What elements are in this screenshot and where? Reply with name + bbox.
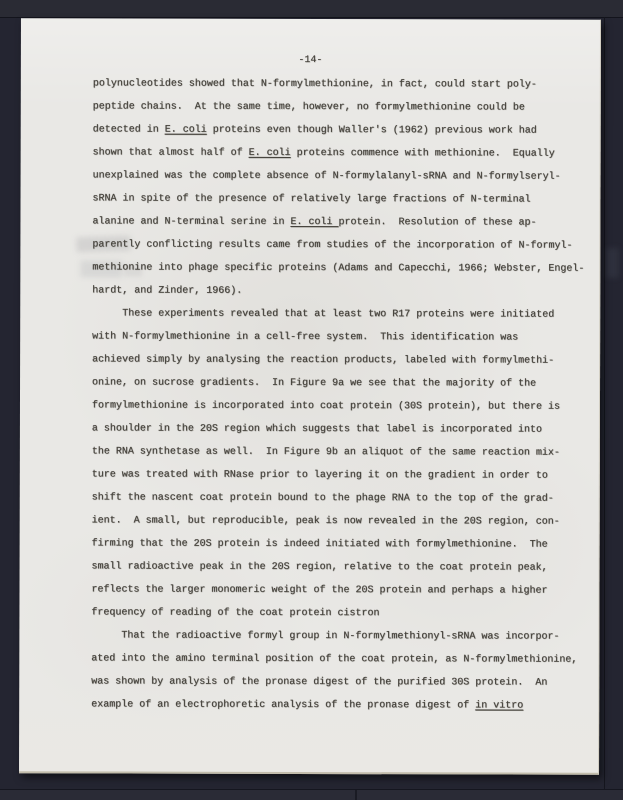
backing-board-top-seam [0,0,623,18]
text-segment: methionine into phage specific proteins … [92,262,584,274]
scan-background: -14- polynucleotides showed that N-formy… [0,0,623,800]
typewritten-text-block: polynucleotides showed that N-formylmeth… [91,72,599,717]
text-segment: sRNA in spite of the presence of relativ… [93,193,531,205]
text-line: shift the nascent coat protein bound to … [92,486,598,510]
text-segment: the RNA synthetase as well. In Figure 9b… [92,446,560,458]
text-line: frequency of reading of the coat protein… [91,601,597,625]
text-segment: with N-formylmethionine in a cell-free s… [92,331,518,343]
background-smudge [606,248,619,278]
text-segment: example of an electrophoretic analysis o… [91,699,475,711]
text-segment: polynucleotides showed that N-formylmeth… [93,78,537,90]
underlined-term: E. coli [290,217,338,228]
text-segment: parently conflicting results came from s… [92,239,572,251]
text-line: That the radioactive formyl group in N-f… [91,624,597,648]
text-segment: unexplained was the complete absence of … [93,170,561,182]
text-segment: was shown by analysis of the pronase dig… [91,676,547,688]
text-line: hardt, and Zinder, 1966). [92,279,598,303]
text-segment: achieved simply by analysing the reactio… [92,354,554,366]
backing-board-right-seam [604,17,605,800]
text-line: detected in E. coli proteins even though… [93,118,599,142]
text-line: methionine into phage specific proteins … [92,256,598,280]
text-segment: detected in [93,124,165,135]
text-segment: hardt, and Zinder, 1966). [92,285,242,296]
text-segment: These experiments revealed that at least… [92,308,554,320]
text-segment: proteins commence with methionine. Equal… [291,148,555,160]
text-line: ient. A small, but reproducible, peak is… [92,509,598,533]
text-line: formylmethionine is incorporated into co… [92,394,598,418]
document-page: -14- polynucleotides showed that N-formy… [19,18,601,775]
text-line: was shown by analysis of the pronase dig… [91,670,597,694]
text-segment: ated into the amino terminal position of… [91,653,577,665]
text-segment: alanine and N-terminal serine in [92,216,290,228]
text-line: example of an electrophoretic analysis o… [91,693,597,717]
text-line: peptide chains. At the same time, howeve… [93,95,599,119]
text-line: a shoulder in the 20S region which sugge… [92,417,598,441]
text-line: reflects the larger monomeric weight of … [91,578,597,602]
text-segment: shown that almost half of [93,147,249,158]
text-line: sRNA in spite of the presence of relativ… [92,187,598,211]
text-line: alanine and N-terminal serine in E. coli… [92,210,598,234]
text-segment: onine, on sucrose gradients. In Figure 9… [92,377,536,389]
text-segment: firming that the 20S protein is indeed i… [92,538,548,550]
backing-board-bottom-strip [0,789,623,800]
underlined-term: in vitro [475,700,523,711]
underlined-term: E. coli [165,125,207,136]
text-segment: shift the nascent coat protein bound to … [92,492,554,504]
text-segment: That the radioactive formyl group in N-f… [91,630,559,642]
text-line: unexplained was the complete absence of … [93,164,599,188]
backing-board-corner-seam [355,790,357,800]
text-line: parently conflicting results came from s… [92,233,598,257]
text-line: small radioactive peak in the 20S region… [92,555,598,579]
text-line: These experiments revealed that at least… [92,302,598,326]
text-line: ated into the amino terminal position of… [91,647,597,671]
text-line: achieved simply by analysing the reactio… [92,348,598,372]
text-line: polynucleotides showed that N-formylmeth… [93,72,599,96]
page-number: -14- [21,49,600,73]
text-line: the RNA synthetase as well. In Figure 9b… [92,440,598,464]
underlined-term: E. coli [249,148,291,159]
text-segment: ient. A small, but reproducible, peak is… [92,515,560,527]
text-segment: proteins even though Waller's (1962) pre… [207,125,537,137]
text-segment: formylmethionine is incorporated into co… [92,400,560,412]
text-line: ture was treated with RNase prior to lay… [92,463,598,487]
text-segment: protein. Resolution of these ap- [339,217,537,229]
text-segment: a shoulder in the 20S region which sugge… [92,423,542,435]
text-line: with N-formylmethionine in a cell-free s… [92,325,598,349]
text-line: onine, on sucrose gradients. In Figure 9… [92,371,598,395]
text-line: firming that the 20S protein is indeed i… [92,532,598,556]
text-segment: reflects the larger monomeric weight of … [91,584,547,596]
text-line: shown that almost half of E. coli protei… [93,141,599,165]
text-segment: peptide chains. At the same time, howeve… [93,101,525,113]
text-segment: frequency of reading of the coat protein… [91,607,379,619]
text-segment: small radioactive peak in the 20S region… [92,561,548,573]
text-segment: ture was treated with RNase prior to lay… [92,469,548,481]
